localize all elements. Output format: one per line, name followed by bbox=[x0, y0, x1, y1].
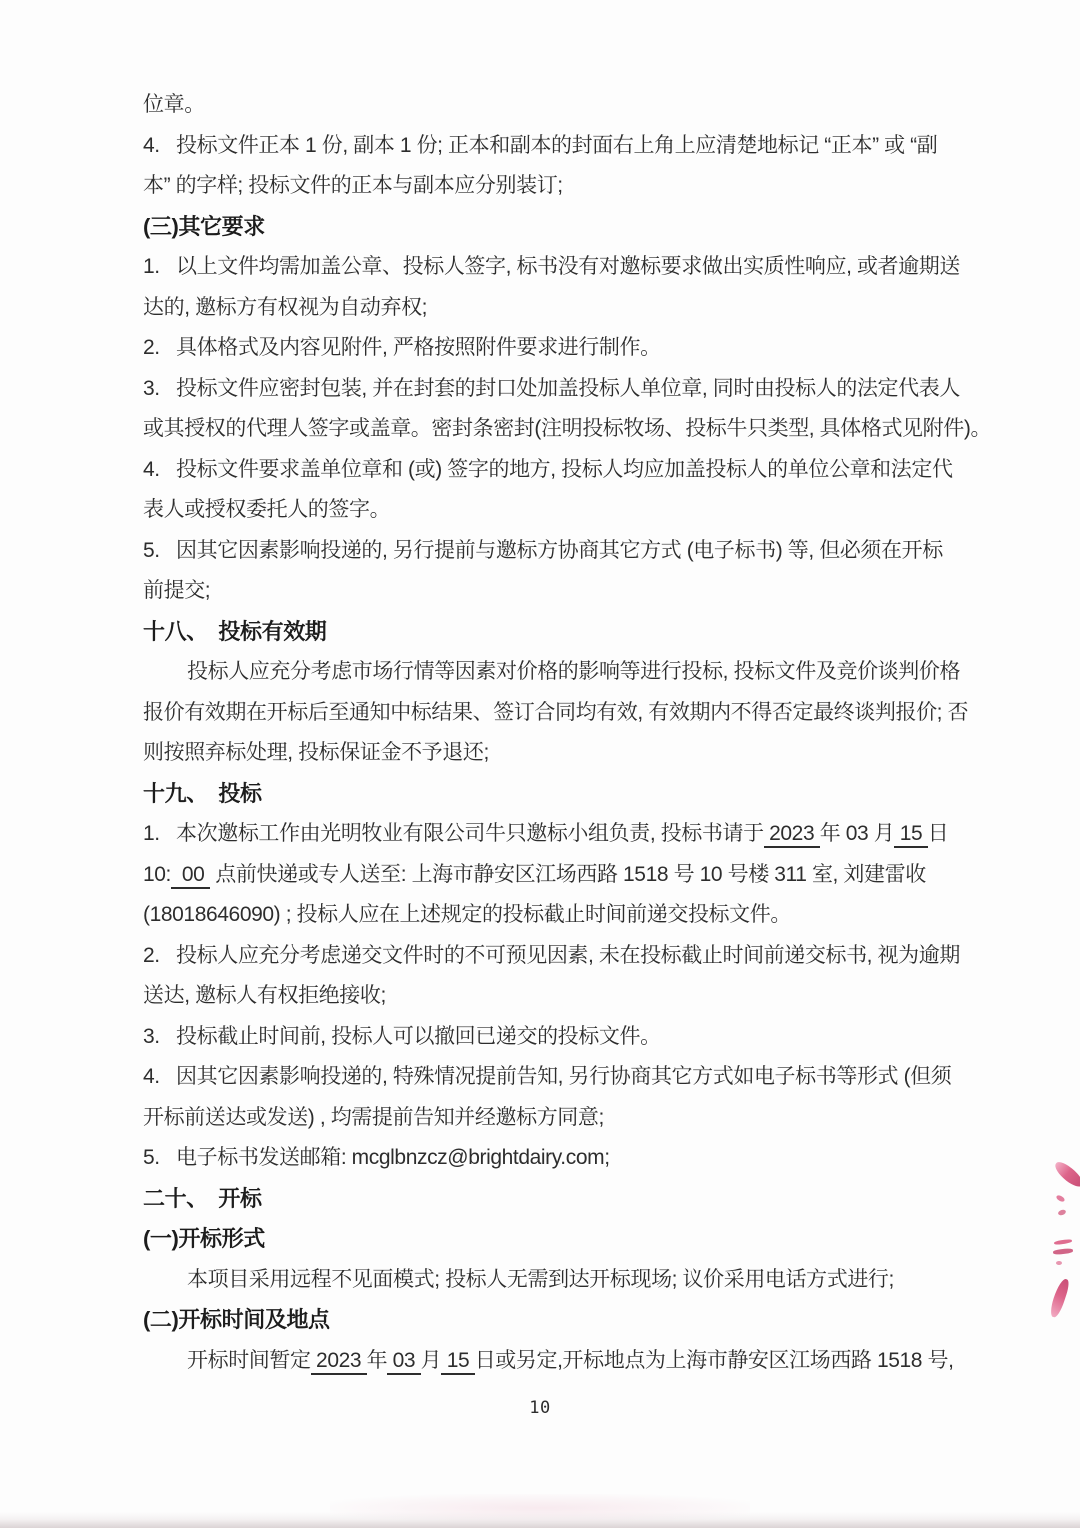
text-span: (一)开标形式 bbox=[143, 1226, 265, 1251]
section-heading: (三)其它要求 bbox=[143, 207, 967, 248]
text-span: 2. 具体格式及内容见附件, 严格按照附件要求进行制作。 bbox=[143, 336, 661, 359]
text-span: 开标时间暂定 bbox=[187, 1349, 311, 1372]
text-line: 达的, 邀标方有权视为自动弃权; bbox=[143, 288, 967, 329]
section-heading: (一)开标形式 bbox=[143, 1219, 967, 1260]
text-line: 本项目采用远程不见面模式; 投标人无需到达开标现场; 议价采用电话方式进行; bbox=[143, 1260, 967, 1301]
text-span: 本项目采用远程不见面模式; 投标人无需到达开标现场; 议价采用电话方式进行; bbox=[187, 1268, 894, 1291]
pen-mark-icon bbox=[1052, 1159, 1080, 1190]
text-line: 5. 电子标书发送邮箱: mcglbnzcz@brightdairy.com; bbox=[143, 1138, 967, 1179]
pen-mark-icon bbox=[1053, 1248, 1073, 1255]
text-span: 开标前送达或发送) , 均需提前告知并经邀标方同意; bbox=[143, 1106, 604, 1129]
text-span: 达的, 邀标方有权视为自动弃权; bbox=[143, 296, 427, 319]
text-line: 报价有效期在开标后至通知中标结果、签订合同均有效, 有效期内不得否定最终谈判报价… bbox=[143, 693, 967, 734]
text-line: 投标人应充分考虑市场行情等因素对价格的影响等进行投标, 投标文件及竞价谈判价格 bbox=[143, 652, 967, 693]
text-span: 4. 投标文件正本 1 份, 副本 1 份; 正本和副本的封面右上角上应清楚地标… bbox=[143, 134, 937, 157]
text-span: 年 bbox=[367, 1349, 388, 1372]
text-line: 送达, 邀标人有权拒绝接收; bbox=[143, 976, 967, 1017]
text-span: 年 03 月 bbox=[820, 822, 895, 845]
text-line: 2. 具体格式及内容见附件, 严格按照附件要求进行制作。 bbox=[143, 328, 967, 369]
pen-mark-icon bbox=[1056, 1261, 1062, 1265]
scan-edge-shadow bbox=[0, 1512, 1080, 1528]
underlined-value: 2023 bbox=[311, 1349, 367, 1375]
section-heading: 二十、 开标 bbox=[143, 1179, 967, 1220]
text-span: 3. 投标文件应密封包装, 并在封套的封口处加盖投标人单位章, 同时由投标人的法… bbox=[143, 377, 960, 400]
text-span: 2. 投标人应充分考虑递交文件时的不可预见因素, 未在投标截止时间前递交标书, … bbox=[143, 944, 960, 967]
text-span: 5. 电子标书发送邮箱: mcglbnzcz@brightdairy.com; bbox=[143, 1146, 610, 1169]
text-line: 3. 投标文件应密封包装, 并在封套的封口处加盖投标人单位章, 同时由投标人的法… bbox=[143, 369, 967, 410]
text-span: 报价有效期在开标后至通知中标结果、签订合同均有效, 有效期内不得否定最终谈判报价… bbox=[143, 701, 968, 724]
section-heading: (二)开标时间及地点 bbox=[143, 1300, 967, 1341]
text-line: 或其授权的代理人签字或盖章。密封条密封(注明投标牧场、投标牛只类型, 具体格式见… bbox=[143, 409, 967, 450]
text-span: 投标人应充分考虑市场行情等因素对价格的影响等进行投标, 投标文件及竞价谈判价格 bbox=[187, 660, 960, 683]
text-line: 1. 以上文件均需加盖公章、投标人签字, 标书没有对邀标要求做出实质性响应, 或… bbox=[143, 247, 967, 288]
text-span: 或其授权的代理人签字或盖章。密封条密封(注明投标牧场、投标牛只类型, 具体格式见… bbox=[143, 417, 991, 440]
text-span: 表人或授权委托人的签字。 bbox=[143, 498, 390, 521]
text-span: 5. 因其它因素影响投递的, 另行提前与邀标方协商其它方式 (电子标书) 等, … bbox=[143, 539, 943, 562]
pen-mark-icon bbox=[1055, 1194, 1065, 1203]
text-span: 二十、 开标 bbox=[143, 1186, 262, 1211]
text-line: 开标时间暂定 2023 年 03 月 15 日或另定,开标地点为上海市静安区江场… bbox=[143, 1341, 967, 1382]
underlined-value: 00 bbox=[171, 863, 210, 889]
text-span: (18018646090) ; 投标人应在上述规定的投标截止时间前递交投标文件。 bbox=[143, 903, 791, 926]
text-line: 前提交; bbox=[143, 571, 967, 612]
text-line: 1. 本次邀标工作由光明牧业有限公司牛只邀标小组负责, 投标书请于 2023 年… bbox=[143, 814, 967, 855]
text-line: (18018646090) ; 投标人应在上述规定的投标截止时间前递交投标文件。 bbox=[143, 895, 967, 936]
text-line: 位章。 bbox=[143, 85, 967, 126]
pen-mark-icon bbox=[1048, 1277, 1071, 1318]
text-span: 十八、 投标有效期 bbox=[143, 619, 326, 644]
text-line: 开标前送达或发送) , 均需提前告知并经邀标方同意; bbox=[143, 1098, 967, 1139]
underlined-value: 15 bbox=[894, 822, 927, 848]
text-span: (二)开标时间及地点 bbox=[143, 1307, 330, 1332]
text-span: 4. 投标文件要求盖单位章和 (或) 签字的地方, 投标人均应加盖投标人的单位公… bbox=[143, 458, 953, 481]
text-line: 4. 因其它因素影响投递的, 特殊情况提前告知, 另行协商其它方式如电子标书等形… bbox=[143, 1057, 967, 1098]
pen-mark-icon bbox=[1054, 1239, 1072, 1245]
text-line: 本” 的字样; 投标文件的正本与副本应分别装订; bbox=[143, 166, 967, 207]
underlined-value: 2023 bbox=[764, 822, 820, 848]
text-span: 点前快递或专人送至: 上海市静安区江场西路 1518 号 10 号楼 311 室… bbox=[210, 863, 926, 886]
text-span: 1. 本次邀标工作由光明牧业有限公司牛只邀标小组负责, 投标书请于 bbox=[143, 822, 764, 845]
page-number: 10 bbox=[0, 1398, 1080, 1418]
document-lines: 位章。4. 投标文件正本 1 份, 副本 1 份; 正本和副本的封面右上角上应清… bbox=[143, 85, 967, 1381]
text-span: 日或另定,开标地点为上海市静安区江场西路 1518 号, bbox=[475, 1349, 954, 1372]
text-line: 2. 投标人应充分考虑递交文件时的不可预见因素, 未在投标截止时间前递交标书, … bbox=[143, 936, 967, 977]
text-line: 10: 00 点前快递或专人送至: 上海市静安区江场西路 1518 号 10 号… bbox=[143, 855, 967, 896]
text-span: 1. 以上文件均需加盖公章、投标人签字, 标书没有对邀标要求做出实质性响应, 或… bbox=[143, 255, 960, 278]
text-line: 则按照弃标处理, 投标保证金不予退还; bbox=[143, 733, 967, 774]
text-line: 表人或授权委托人的签字。 bbox=[143, 490, 967, 531]
text-span: 位章。 bbox=[143, 93, 205, 116]
document-page: 位章。4. 投标文件正本 1 份, 副本 1 份; 正本和副本的封面右上角上应清… bbox=[0, 0, 1080, 1528]
section-heading: 十八、 投标有效期 bbox=[143, 612, 967, 653]
underlined-value: 15 bbox=[441, 1349, 474, 1375]
text-span: 十九、 投标 bbox=[143, 781, 262, 806]
text-span: 则按照弃标处理, 投标保证金不予退还; bbox=[143, 741, 489, 764]
text-span: (三)其它要求 bbox=[143, 214, 265, 239]
text-span: 3. 投标截止时间前, 投标人可以撤回已递交的投标文件。 bbox=[143, 1025, 661, 1048]
text-span: 日 bbox=[928, 822, 949, 845]
text-span: 送达, 邀标人有权拒绝接收; bbox=[143, 984, 386, 1007]
text-line: 4. 投标文件要求盖单位章和 (或) 签字的地方, 投标人均应加盖投标人的单位公… bbox=[143, 450, 967, 491]
section-heading: 十九、 投标 bbox=[143, 774, 967, 815]
text-span: 前提交; bbox=[143, 579, 210, 602]
text-span: 本” 的字样; 投标文件的正本与副本应分别装订; bbox=[143, 174, 563, 197]
underlined-value: 03 bbox=[387, 1349, 420, 1375]
pen-mark-icon bbox=[1057, 1209, 1066, 1216]
text-span: 10: bbox=[143, 863, 171, 886]
text-line: 3. 投标截止时间前, 投标人可以撤回已递交的投标文件。 bbox=[143, 1017, 967, 1058]
text-line: 5. 因其它因素影响投递的, 另行提前与邀标方协商其它方式 (电子标书) 等, … bbox=[143, 531, 967, 572]
text-span: 月 bbox=[421, 1349, 442, 1372]
text-line: 4. 投标文件正本 1 份, 副本 1 份; 正本和副本的封面右上角上应清楚地标… bbox=[143, 126, 967, 167]
text-span: 4. 因其它因素影响投递的, 特殊情况提前告知, 另行协商其它方式如电子标书等形… bbox=[143, 1065, 951, 1088]
